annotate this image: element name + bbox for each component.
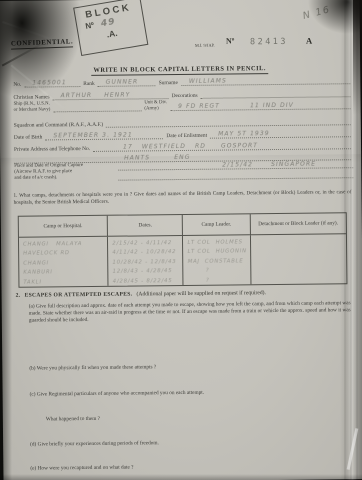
question-2-note: (Additional paper will be supplied on re… bbox=[137, 290, 266, 297]
block-number-stamp: BLOCK Nº49 .A. bbox=[73, 0, 148, 56]
pencil-annotation: N 16 bbox=[302, 4, 332, 22]
christian-names-value: ARTHUR HENRY bbox=[61, 92, 131, 100]
dates-column: 2/15/42 - 4/11/42 4/11/42 - 10/28/42 10/… bbox=[107, 236, 183, 286]
col-header-leader: Camp Leader. bbox=[182, 214, 249, 236]
ship-field bbox=[53, 103, 141, 113]
no-field: 1465001 bbox=[24, 78, 80, 88]
date-of-enlistment-value: MAY 5T 1939 bbox=[218, 130, 270, 138]
stamp-no-symbol: Nº bbox=[85, 21, 95, 31]
table-cell: ? bbox=[188, 276, 246, 285]
instruction-heading: WRITE IN BLOCK CAPITAL LETTERS IN PENCIL… bbox=[91, 65, 268, 76]
no-label: No. bbox=[13, 82, 21, 88]
christian-names-field: ARTHUR HENRY bbox=[53, 90, 169, 100]
question-2-heading: 2. ESCAPES OR ATTEMPTED ESCAPES. (Additi… bbox=[16, 289, 356, 299]
leader-column: LT COL HOLMES LT COL HUGONIN MAJ CONSTAB… bbox=[182, 235, 250, 285]
question-2e-text: (e) How were you recaptured and on what … bbox=[30, 462, 352, 473]
question-2c-text: (c) Give Regimental particulars of anyon… bbox=[30, 388, 352, 399]
question-2a-text: (a) Give full description and approx. da… bbox=[29, 300, 351, 325]
private-address-label: Private Address and Telephone No. bbox=[14, 146, 90, 153]
squadron-field bbox=[106, 116, 351, 128]
paper-sheet: CONFIDENTIAL. BLOCK Nº49 .A. M.I. 9/JAP.… bbox=[0, 0, 362, 480]
row-birth-enlistment: Date of Birth SEPTEMBER 3. 1921 Date of … bbox=[14, 128, 351, 141]
capture-label: Place and Date of Original Capture (Airc… bbox=[14, 163, 118, 183]
col-header-block-leader: Detachment or Block Leader (if any). bbox=[249, 213, 346, 235]
scanned-pow-questionnaire: CONFIDENTIAL. BLOCK Nº49 .A. M.I. 9/JAP.… bbox=[0, 0, 362, 480]
surname-field: WILLIAMS bbox=[181, 75, 351, 86]
table-cell: 4/28/45 - 8/22/45 bbox=[113, 277, 179, 286]
christian-names-label: Christian Names bbox=[13, 94, 49, 100]
date-of-enlistment-field: MAY 5T 1939 bbox=[210, 128, 351, 138]
rank-label: Rank bbox=[83, 81, 94, 87]
capture-value: 2/15/42 SINGAPORE bbox=[222, 161, 316, 169]
private-address-value: 17 WESTFIELD RD GOSPORT bbox=[123, 142, 258, 150]
row-squadron: Squadron and Command (R.A.F., A.A.F.) bbox=[14, 116, 351, 129]
table-cell: TAKLI bbox=[23, 277, 103, 286]
unit-div-value: 9 FD REGT 11 IND DIV bbox=[178, 102, 294, 110]
ship-label: Ship (R.N., U.S.N.or Merchant Navy) bbox=[14, 101, 51, 113]
block-leader-column bbox=[249, 234, 346, 284]
date-of-birth-field: SEPTEMBER 3. 1921 bbox=[45, 130, 163, 140]
mi9-label: M.I. 9/JAP. bbox=[195, 43, 215, 48]
rank-value: GUNNER bbox=[106, 78, 139, 85]
decorations-label: Decorations bbox=[172, 93, 198, 99]
series-letter: A bbox=[306, 36, 312, 46]
surname-value: WILLIAMS bbox=[189, 78, 227, 85]
serial-number-stamp: 82413 bbox=[250, 37, 288, 47]
camp-column: CHANGI MALAYA HAVELOCK RD CHANGI KANBURI… bbox=[19, 237, 108, 287]
table-cell bbox=[255, 237, 342, 238]
question-2-number: 2. bbox=[16, 293, 21, 299]
question-2-title: ESCAPES OR ATTEMPTED ESCAPES. bbox=[25, 292, 133, 299]
question-2d-text: (d) Give briefly your experiences during… bbox=[30, 438, 352, 449]
unit-div-label: Unit & Div.(Army) bbox=[144, 100, 167, 111]
serial-no-symbol: Nº bbox=[226, 36, 235, 45]
confidential-marking: CONFIDENTIAL. bbox=[11, 38, 74, 49]
table-cell bbox=[255, 237, 342, 238]
surname-label: Surname bbox=[159, 80, 178, 86]
private-address-field: 17 WESTFIELD RD GOSPORT bbox=[93, 140, 351, 152]
camps-table: Camp or Hospital. Dates. Camp Leader. De… bbox=[18, 212, 348, 287]
date-of-enlistment-label: Date of Enlistment bbox=[166, 133, 207, 139]
decorations-field bbox=[201, 88, 351, 99]
instruction-heading-wrap: WRITE IN BLOCK CAPITAL LETTERS IN PENCIL… bbox=[0, 56, 360, 78]
col-header-camp: Camp or Hospital. bbox=[19, 216, 107, 238]
question-2b-text: (b) Were you physically fit when you mad… bbox=[29, 362, 351, 373]
no-value: 1465001 bbox=[32, 79, 66, 86]
question-1-text: 1. What camps, detachments or hospitals … bbox=[13, 189, 351, 207]
squadron-label: Squadron and Command (R.A.F., A.A.F.) bbox=[14, 122, 103, 129]
capture-field: 2/15/42 SINGAPORE bbox=[118, 158, 353, 180]
col-header-dates: Dates. bbox=[107, 215, 182, 237]
date-of-birth-label: Date of Birth bbox=[14, 134, 43, 140]
table-cell bbox=[255, 237, 342, 238]
table-cell bbox=[255, 237, 342, 238]
table-cell bbox=[255, 237, 342, 238]
capture-line-2 bbox=[118, 168, 353, 180]
date-of-birth-value: SEPTEMBER 3. 1921 bbox=[53, 132, 133, 140]
rank-field: GUNNER bbox=[98, 77, 156, 87]
row-ship-unit: Ship (R.N., U.S.N.or Merchant Navy) Unit… bbox=[14, 98, 351, 113]
unit-div-field: 9 FD REGT 11 IND DIV bbox=[170, 100, 351, 111]
question-2c-followup-text: What happened to them ? bbox=[46, 413, 346, 423]
